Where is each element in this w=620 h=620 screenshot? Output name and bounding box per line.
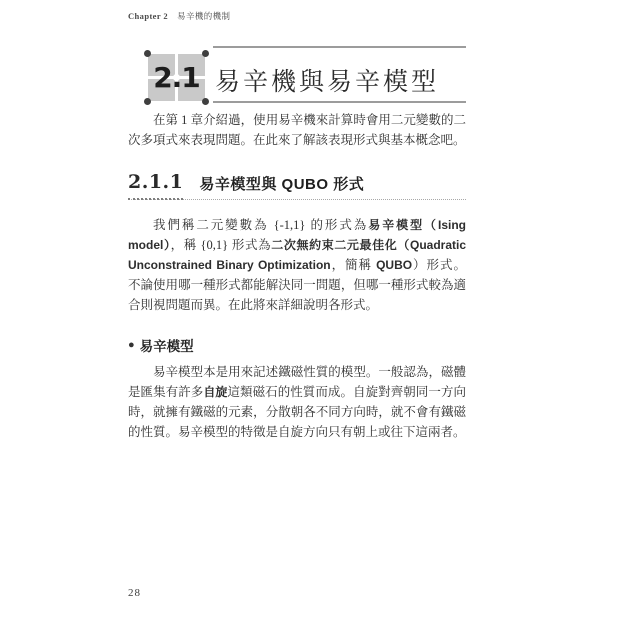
intro-paragraph: 在第 1 章介紹過，使用易辛機來計算時會用二元變數的二次多項式來表現問題。在此來… [128, 110, 466, 150]
subsection-title: 易辛模型與 QUBO 形式 [199, 177, 364, 192]
paragraph-ising: 易辛模型本是用來記述鐵磁性質的模型。一般認為，磁體是匯集有許多自旋這類磁石的性質… [128, 362, 466, 442]
page-number: 28 [128, 587, 141, 599]
chapter-title: 易辛機的機制 [177, 11, 230, 21]
subsection-number: 2.1.1 [128, 173, 183, 192]
page-body: 在第 1 章介紹過，使用易辛機來計算時會用二元變數的二次多項式來表現問題。在此來… [128, 110, 466, 442]
book-page: Chapter 2易辛機的機制 2.1 易辛機與易辛模型 在第 1 章介紹過，使… [0, 0, 620, 620]
bullet-heading: ● 易辛模型 [128, 335, 466, 355]
section-rule-top [213, 46, 466, 48]
subsection-heading: 2.1.1 易辛模型與 QUBO 形式 [128, 173, 466, 200]
section-title: 易辛機與易辛模型 [215, 62, 439, 98]
bullet-icon: ● [128, 340, 135, 351]
paragraph-forms: 我們稱二元變數為 {-1,1} 的形式為易辛模型（Ising model），稱 … [128, 215, 466, 315]
chapter-label: Chapter 2 [128, 11, 168, 21]
section-number-box: 2.1 [148, 54, 205, 101]
running-header: Chapter 2易辛機的機制 [128, 10, 230, 22]
bullet-heading-label: 易辛模型 [140, 335, 194, 355]
section-rule-bottom [213, 101, 466, 103]
section-number: 2.1 [148, 54, 205, 101]
